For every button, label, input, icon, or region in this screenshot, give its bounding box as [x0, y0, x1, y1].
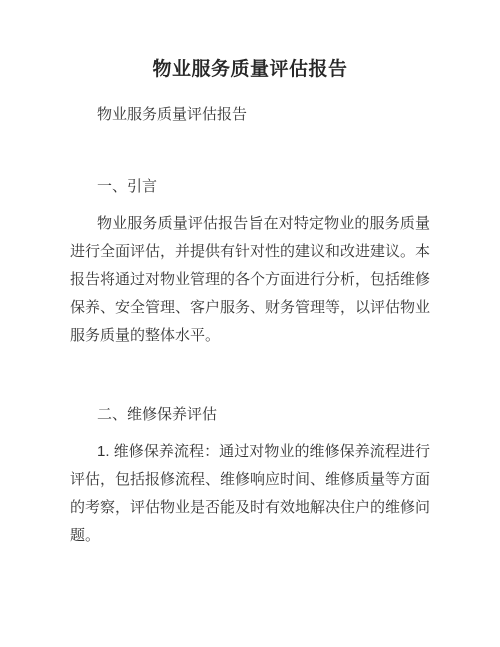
maintenance-paragraph: 1. 维修保养流程：通过对物业的维修保养流程进行评估，包括报修流程、维修响应时间…	[70, 438, 430, 550]
document-title: 物业服务质量评估报告	[70, 58, 430, 82]
section-heading-maintenance: 二、维修保养评估	[70, 401, 430, 429]
section-heading-introduction: 一、引言	[70, 173, 430, 201]
introduction-paragraph: 物业服务质量评估报告旨在对特定物业的服务质量进行全面评估，并提供有针对性的建议和…	[70, 210, 430, 350]
subtitle-paragraph: 物业服务质量评估报告	[70, 101, 430, 129]
document-page: 物业服务质量评估报告 物业服务质量评估报告 一、引言 物业服务质量评估报告旨在对…	[0, 0, 500, 647]
